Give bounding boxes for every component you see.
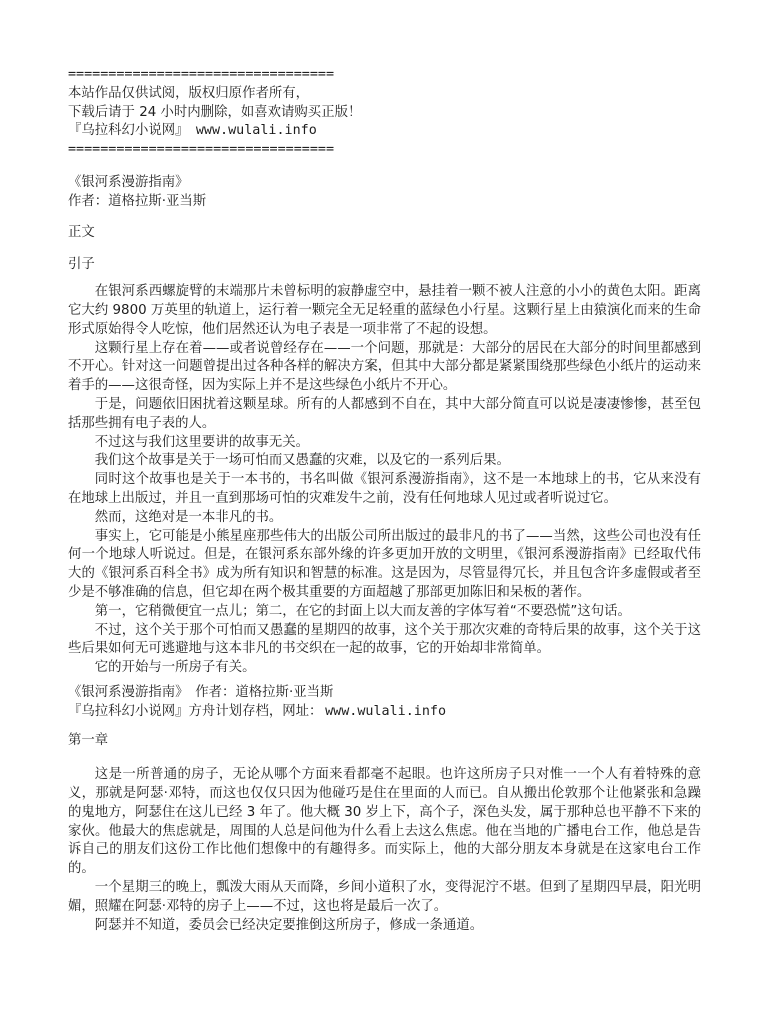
- prologue-paragraph-6: 同时这个故事也是关于一本书的，书名叫做《银河系漫游指南》，这不是一本地球上的书，…: [68, 471, 701, 509]
- book-title: 《银河系漫游指南》: [68, 174, 701, 193]
- separator-line-bottom: =================================: [68, 141, 701, 160]
- prologue-paragraph-3: 于是，问题依旧困扰着这颗星球。所有的人都感到不自在，其中大部分简直可以说是凄凄惨…: [68, 396, 701, 434]
- archive-note: 『乌拉科幻小说网』方舟计划存档，网址：: [68, 704, 322, 719]
- mid-credit-block: 《银河系漫游指南》 作者：道格拉斯·亚当斯 『乌拉科幻小说网』方舟计划存档，网址…: [68, 684, 701, 722]
- chapter-one-text: 这是一所普通的房子，无论从哪个方面来看都毫不起眼。也许这所房子只对惟一一个人有着…: [68, 766, 701, 935]
- chapter-paragraph-3: 阿瑟并不知道，委员会已经决定要推倒这所房子，修成一条通道。: [68, 917, 701, 936]
- prologue-paragraph-8: 事实上，它可能是小熊星座那些伟大的出版公司所出版过的最非凡的书了——当然，这些公…: [68, 528, 701, 603]
- mid-credit-archive-line: 『乌拉科幻小说网』方舟计划存档，网址：www.wulali.info: [68, 703, 701, 722]
- site-name: 『乌拉科幻小说网』: [68, 123, 189, 138]
- site-url-text: www.wulali.info: [196, 123, 317, 138]
- prologue-paragraph-4: 不过这与我们这里要讲的故事无关。: [68, 434, 701, 453]
- chapter-paragraph-2: 一个星期三的晚上，瓢泼大雨从天而降，乡间小道积了水，变得泥泞不堪。但到了星期四早…: [68, 879, 701, 917]
- chapter-paragraph-1: 这是一所普通的房子，无论从哪个方面来看都毫不起眼。也许这所房子只对惟一一个人有着…: [68, 766, 701, 879]
- chapter-one-heading: 第一章: [68, 732, 701, 751]
- separator-line-top: =================================: [68, 66, 701, 85]
- notice-line-1: 本站作品仅供试阅，版权归原作者所有，: [68, 85, 701, 104]
- notice-line-2: 下载后请于 24 小时内删除，如喜欢请购买正版！: [68, 104, 701, 123]
- notice-site-line: 『乌拉科幻小说网』www.wulali.info: [68, 122, 701, 141]
- prologue-paragraph-10: 不过，这个关于那个可怕而又愚蠢的星期四的故事，这个关于那次灾难的奇特后果的故事，…: [68, 622, 701, 660]
- prologue-paragraph-7: 然而，这绝对是一本非凡的书。: [68, 509, 701, 528]
- copyright-notice: ================================= 本站作品仅供…: [68, 66, 701, 160]
- archive-site-url: www.wulali.info: [325, 704, 446, 719]
- prologue-paragraph-11: 它的开始与一所房子有关。: [68, 659, 701, 678]
- prologue-paragraph-2: 这颗行星上存在着——或者说曾经存在——一个问题，那就是：大部分的居民在大部分的时…: [68, 340, 701, 396]
- section-heading-prologue: 引子: [68, 256, 701, 275]
- prologue-paragraph-9: 第一，它稍微便宜一点儿；第二，在它的封面上以大而友善的字体写着“不要恐慌”这句话…: [68, 603, 701, 622]
- prologue-text: 在银河系西螺旋臂的末端那片未曾标明的寂静虚空中，悬挂着一颗不被人注意的小小的黄色…: [68, 283, 701, 678]
- title-block: 《银河系漫游指南》 作者：道格拉斯·亚当斯: [68, 174, 701, 212]
- section-heading-body: 正文: [68, 224, 701, 243]
- prologue-paragraph-1: 在银河系西螺旋臂的末端那片未曾标明的寂静虚空中，悬挂着一颗不被人注意的小小的黄色…: [68, 283, 701, 339]
- prologue-paragraph-5: 我们这个故事是关于一场可怕而又愚蠢的灾难，以及它的一系列后果。: [68, 452, 701, 471]
- document-page: ================================= 本站作品仅供…: [0, 0, 768, 1024]
- mid-credit-title-line: 《银河系漫游指南》 作者：道格拉斯·亚当斯: [68, 684, 701, 703]
- author-line: 作者：道格拉斯·亚当斯: [68, 193, 701, 212]
